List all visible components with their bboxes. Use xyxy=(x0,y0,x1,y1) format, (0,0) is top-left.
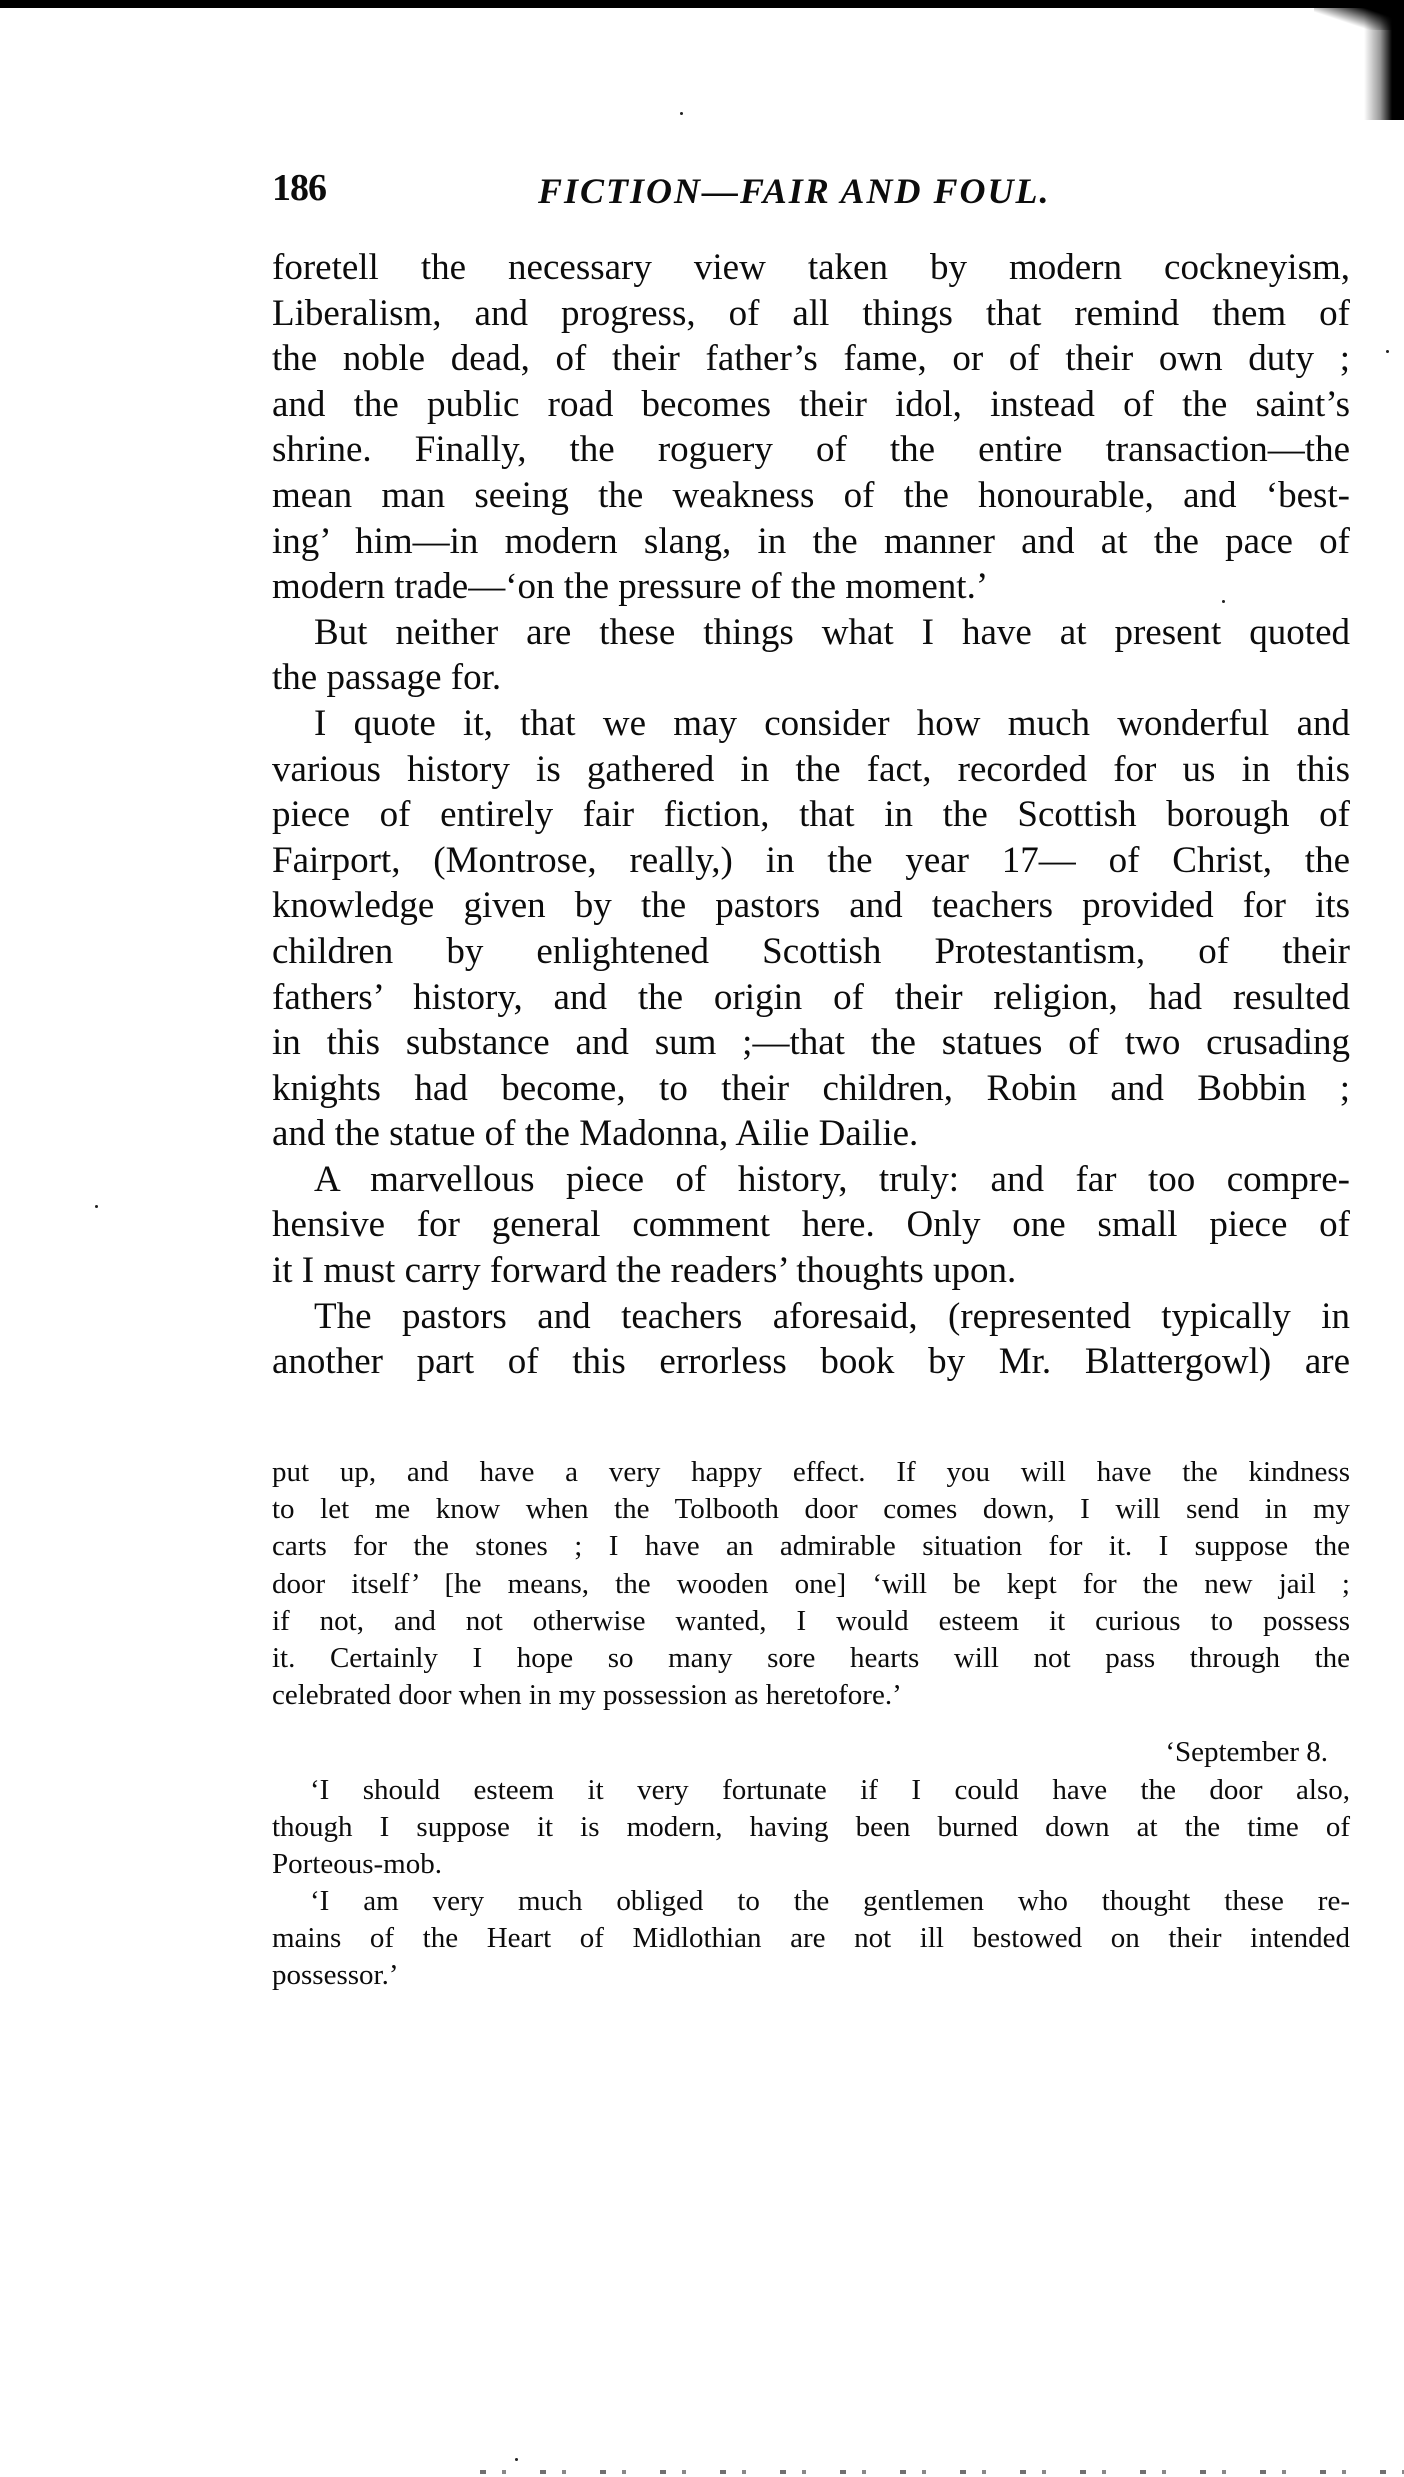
footnote-line: to let me know when the Tolbooth door co… xyxy=(272,1491,1350,1528)
scan-speck xyxy=(680,112,683,115)
body-line: it I must carry forward the readers’ tho… xyxy=(272,1248,1350,1294)
body-line: I quote it, that we may consider how muc… xyxy=(272,701,1350,747)
body-line: and the statue of the Madonna, Ailie Dai… xyxy=(272,1111,1350,1157)
body-line: in this substance and sum ;—that the sta… xyxy=(272,1020,1350,1066)
body-line: Liberalism, and progress, of all things … xyxy=(272,291,1350,337)
scan-top-border xyxy=(0,0,1404,8)
body-line: the passage for. xyxy=(272,655,1350,701)
scan-edge-shadow xyxy=(1364,0,1404,120)
body-line: various history is gathered in the fact,… xyxy=(272,747,1350,793)
footnote-line: possessor.’ xyxy=(272,1957,1350,1994)
scan-speck xyxy=(95,1205,98,1208)
body-line: hensive for general comment here. Only o… xyxy=(272,1202,1350,1248)
body-line: A marvellous piece of history, truly: an… xyxy=(272,1157,1350,1203)
body-line: knights had become, to their children, R… xyxy=(272,1066,1350,1112)
body-line: children by enlightened Scottish Protest… xyxy=(272,929,1350,975)
footnote-line: carts for the stones ; I have an admirab… xyxy=(272,1528,1350,1565)
body-line: The pastors and teachers aforesaid, (rep… xyxy=(272,1294,1350,1340)
scan-speck xyxy=(1386,350,1389,353)
body-line: knowledge given by the pastors and teach… xyxy=(272,883,1350,929)
body-line: shrine. Finally, the roguery of the enti… xyxy=(272,427,1350,473)
body-line: fathers’ history, and the origin of thei… xyxy=(272,975,1350,1021)
page-number: 186 xyxy=(272,166,326,210)
body-text: foretell the necessary view taken by mod… xyxy=(272,245,1350,1385)
body-line: ing’ him—in modern slang, in the manner … xyxy=(272,519,1350,565)
footnote-line: though I suppose it is modern, having be… xyxy=(272,1809,1350,1846)
running-head: FICTION—FAIR AND FOUL. xyxy=(538,170,1050,212)
body-line: the noble dead, of their father’s fame, … xyxy=(272,336,1350,382)
footnote-line: mains of the Heart of Midlothian are not… xyxy=(272,1920,1350,1957)
body-line: and the public road becomes their idol, … xyxy=(272,382,1350,428)
body-line: piece of entirely fair fiction, that in … xyxy=(272,792,1350,838)
footnote-line: door itself’ [he means, the wooden one] … xyxy=(272,1566,1350,1603)
footnote-line: ‘I should esteem it very fortunate if I … xyxy=(272,1772,1350,1809)
body-line: But neither are these things what I have… xyxy=(272,610,1350,656)
body-line: modern trade—‘on the pressure of the mom… xyxy=(272,564,1350,610)
footnote-line: put up, and have a very happy effect. If… xyxy=(272,1454,1350,1491)
footnote: put up, and have a very happy effect. If… xyxy=(272,1454,1350,1995)
scan-bottom-edge xyxy=(480,2470,1404,2474)
footnote-line: it. Certainly I hope so many sore hearts… xyxy=(272,1640,1350,1677)
body-line: another part of this errorless book by M… xyxy=(272,1339,1350,1385)
footnote-line: if not, and not otherwise wanted, I woul… xyxy=(272,1603,1350,1640)
scan-speck xyxy=(515,2458,518,2461)
scan-speck xyxy=(1222,600,1225,603)
body-line: Fairport, (Montrose, really,) in the yea… xyxy=(272,838,1350,884)
footnote-line: ‘I am very much obliged to the gentlemen… xyxy=(272,1883,1350,1920)
footnote-line: Porteous-mob. xyxy=(272,1846,1350,1883)
body-line: mean man seeing the weakness of the hono… xyxy=(272,473,1350,519)
footnote-date: ‘September 8. xyxy=(272,1734,1350,1771)
body-line: foretell the necessary view taken by mod… xyxy=(272,245,1350,291)
footnote-line: celebrated door when in my possession as… xyxy=(272,1677,1350,1714)
